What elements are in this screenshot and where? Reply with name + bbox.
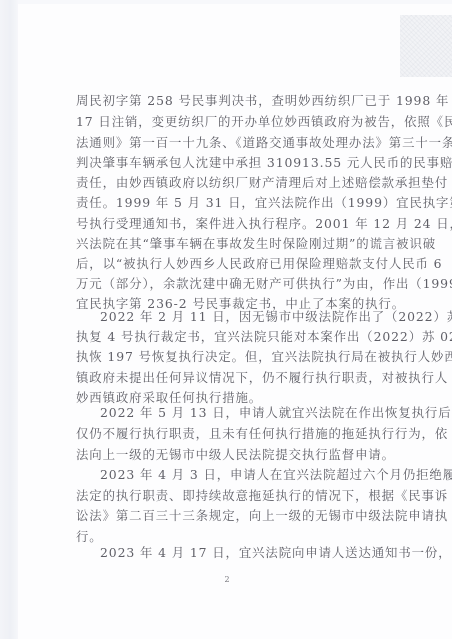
text-line: 妙西镇政府采取任何执行措施。 bbox=[76, 390, 414, 406]
text-line: 责任，由妙西镇政府以纺织厂财产清理后对上述赔偿款承担垫付 bbox=[76, 175, 414, 191]
text-line: 法定的执行职责、即持续故意拖延执行的情况下，根据《民事诉 bbox=[76, 488, 414, 504]
text-line: 执恢 197 号恢复执行决定。但，宜兴法院执行局在被执行人妙西 bbox=[76, 349, 414, 365]
text-line: 号执行受理通知书，案件进入执行程序。2001 年 12 月 24 日，宜 bbox=[76, 216, 414, 232]
text-line: 兴法院在其“肇事车辆在事故发生时保险刚过期”的谎言被识破 bbox=[76, 236, 414, 252]
text-line: 17 日注销，变更纺织厂的开办单位妙西镇政府为被告，依照《民 bbox=[76, 114, 414, 130]
text-line: 责任。1999 年 5 月 31 日，宜兴法院作出（1999）宜民执字第 236 bbox=[76, 195, 414, 211]
text-line: 镇政府未提出任何异议情况下，仍不履行执行职责，对被执行人 bbox=[76, 370, 414, 386]
text-line: 仅仍不履行执行职责，且未有任何执行措施的拖延执行行为，依 bbox=[76, 426, 414, 442]
scan-edge-shadow bbox=[0, 0, 18, 639]
text-line: 法向上一级的无锡市中级人民法院提交执行监督申请。 bbox=[76, 447, 414, 463]
text-line: 执复 4 号执行裁定书，宜兴法院只能对本案作出（2022）苏 0282 bbox=[76, 329, 414, 345]
page-number: 2 bbox=[222, 575, 232, 584]
text-line: 后，以“被执行人妙西乡人民政府已用保险理赔款支付人民币 6 bbox=[76, 256, 414, 272]
text-line: 周民初字第 258 号民事判决书，查明妙西纺织厂已于 1998 年 3 月 bbox=[76, 93, 414, 109]
text-line: 2023 年 4 月 3 日，申请人在宜兴法院超过六个月仍拒绝履行 bbox=[100, 467, 414, 483]
text-line: 2022 年 5 月 13 日，申请人就宜兴法院在作出恢复执行后，不 bbox=[100, 405, 414, 421]
scan-noise-patch bbox=[400, 15, 452, 77]
text-line: 2023 年 4 月 17 日，宜兴法院向申请人送达通知书一份，以“经 bbox=[100, 545, 414, 561]
text-line: 判决肇事车辆承包人沈建中承担 310913.55 元人民币的民事赔偿 bbox=[76, 155, 414, 171]
text-line: 法通则》第一百一十九条、《道路交通事故处理办法》第三十一条， bbox=[76, 135, 414, 151]
text-line: 行。 bbox=[76, 529, 414, 545]
text-line: 万元（部分），余款沈建中确无财产可供执行”为由，作出（1999） bbox=[76, 276, 414, 292]
text-line: 2022 年 2 月 11 日，因无锡市中级法院作出了（2022）苏 02 bbox=[100, 309, 414, 325]
text-line: 讼法》第二百三十三条规定，向上一级的无锡市中级法院申请执 bbox=[76, 508, 414, 524]
